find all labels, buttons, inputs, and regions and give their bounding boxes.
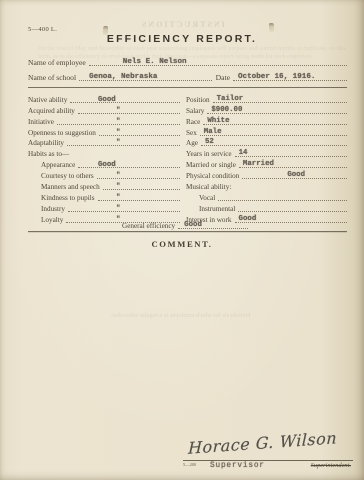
dotted-leader [103, 182, 180, 190]
field-label: Physical condition [186, 172, 239, 181]
dotted-leader [68, 204, 180, 212]
typed-value: White [207, 117, 229, 125]
field-label: Race [186, 118, 200, 127]
signature-line [183, 460, 353, 461]
typed-value: " [116, 107, 120, 115]
signature-print-code: 5—200 [183, 462, 196, 467]
scanned-document: INSTRUCTIONS On the first of May and Nov… [0, 0, 364, 480]
general-efficiency-row: General efficiency Good [122, 219, 248, 231]
typed-value: " [116, 129, 120, 137]
school-name-value: Genoa, Nebraska [89, 73, 157, 81]
form-row: SexMale [186, 127, 347, 138]
fastener-hole [103, 26, 108, 35]
dotted-leader: Good [178, 221, 248, 229]
form-row: Vocal [186, 192, 347, 203]
typed-value: " [116, 205, 120, 213]
field-label: Kindness to pupils [28, 194, 95, 203]
field-label: Years in service [186, 150, 232, 159]
employee-name-row: Name of employee Nels E. Nelson [28, 53, 347, 68]
dotted-leader: Married [239, 160, 347, 168]
field-label: Courtesy to others [28, 172, 94, 181]
horizontal-rule [28, 87, 347, 88]
dotted-leader [98, 193, 180, 201]
typed-value: Good [98, 96, 116, 104]
form-row: Physical conditionGood [186, 170, 347, 181]
identity-section: Name of employee Nels E. Nelson Name of … [28, 53, 347, 83]
general-efficiency-label: General efficiency [122, 222, 175, 231]
employee-name-value: Nels E. Nelson [123, 58, 187, 66]
horizontal-rule [28, 231, 347, 232]
typed-value: 14 [239, 149, 248, 157]
form-row: Salary$900.00 [186, 105, 347, 116]
form-row: Habits as to— [28, 148, 180, 159]
date-value: October 16, 1916. [238, 73, 315, 81]
form-row: Instrumental [186, 203, 347, 214]
form-row: Married or singleMarried [186, 159, 347, 170]
form-row: Kindness to pupils" [28, 192, 180, 203]
field-label: Manners and speech [28, 183, 100, 192]
document-title: EFFICIENCY REPORT. [0, 33, 364, 45]
dotted-leader [78, 160, 180, 168]
dotted-leader [78, 106, 180, 114]
form-row: RaceWhite [186, 116, 347, 127]
form-row: Openness to suggestion" [28, 127, 180, 138]
field-label: Married or single [186, 161, 236, 170]
field-label: Habits as to— [28, 150, 69, 159]
typed-value: Male [204, 128, 222, 136]
dotted-leader: White [203, 117, 347, 125]
form-number: 5—400 L. [28, 26, 57, 33]
form-row: AppearanceGood [28, 159, 180, 170]
field-label: Loyalty [28, 216, 63, 225]
field-label: Adaptability [28, 139, 64, 148]
rating-section: Native abilityGoodAcquired ability"Initi… [28, 94, 347, 225]
typed-value: " [116, 139, 120, 147]
typed-value: " [116, 216, 120, 224]
typed-value: Married [243, 160, 274, 168]
dotted-leader [238, 204, 347, 212]
form-row: PositionTailor [186, 94, 347, 105]
employee-name-label: Name of employee [28, 58, 86, 68]
field-label: Acquired ability [28, 107, 75, 116]
dotted-leader [67, 138, 180, 146]
form-row: Native abilityGood [28, 94, 180, 105]
bleedthrough-periodicals: Periodicals for which employee is a regu… [110, 312, 251, 319]
dotted-leader [99, 128, 180, 136]
field-label: Native ability [28, 96, 67, 105]
typed-value: Tailor [217, 95, 244, 103]
field-label: Age [186, 139, 198, 148]
form-row: Years in service14 [186, 148, 347, 159]
dotted-leader: Genoa, Nebraska [79, 72, 212, 81]
typed-value: " [116, 172, 120, 180]
typed-value: Good [287, 171, 305, 179]
field-label: Musical ability: [186, 183, 231, 192]
form-row: Initiative" [28, 116, 180, 127]
typed-value: " [116, 194, 120, 202]
dotted-leader: Male [200, 128, 347, 136]
form-row: Manners and speech" [28, 181, 180, 192]
dotted-leader [70, 95, 180, 103]
comment-heading: COMMENT. [0, 239, 364, 249]
field-label: Sex [186, 129, 197, 138]
dotted-leader: 52 [201, 138, 347, 146]
school-date-row: Name of school Genoa, Nebraska Date Octo… [28, 68, 347, 83]
form-row: Age52 [186, 138, 347, 149]
left-rating-column: Native abilityGoodAcquired ability"Initi… [28, 94, 180, 225]
typed-value: " [116, 183, 120, 191]
form-row: Acquired ability" [28, 105, 180, 116]
form-row: Adaptability" [28, 138, 180, 149]
dotted-leader: October 16, 1916. [233, 72, 347, 81]
typed-value: Good [98, 161, 116, 169]
dotted-leader: Good [235, 215, 347, 223]
typed-value: 52 [205, 138, 214, 146]
field-label: Initiative [28, 118, 54, 127]
typed-value: " [116, 118, 120, 126]
signature-role-typed: Supervisor [210, 462, 265, 470]
school-name-label: Name of school [28, 73, 76, 83]
dotted-leader: 14 [235, 149, 347, 157]
dotted-leader: Nels E. Nelson [89, 57, 347, 66]
general-efficiency-value: Good [184, 221, 202, 229]
signature-role-printed-struck: Superintendent. [311, 462, 351, 469]
right-rating-column: PositionTailorSalary$900.00RaceWhiteSexM… [186, 94, 347, 225]
field-label: Industry [28, 205, 65, 214]
dotted-leader [97, 171, 180, 179]
fastener-hole [269, 23, 274, 32]
signature-handwriting: Horace G. Wilson [188, 427, 352, 458]
field-label: Appearance [28, 161, 75, 170]
form-row: Industry" [28, 203, 180, 214]
dotted-leader: $900.00 [207, 106, 347, 114]
field-label: Instrumental [186, 205, 235, 214]
field-label: Openness to suggestion [28, 129, 96, 138]
typed-value: $900.00 [211, 106, 242, 114]
dotted-leader [218, 193, 347, 201]
form-row: Courtesy to others" [28, 170, 180, 181]
field-label: Position [186, 96, 210, 105]
field-label: Salary [186, 107, 204, 116]
field-label: Vocal [186, 194, 215, 203]
dotted-leader: Tailor [213, 95, 347, 103]
date-label: Date [216, 73, 230, 83]
form-row: Musical ability: [186, 181, 347, 192]
dotted-leader: Good [242, 171, 347, 179]
